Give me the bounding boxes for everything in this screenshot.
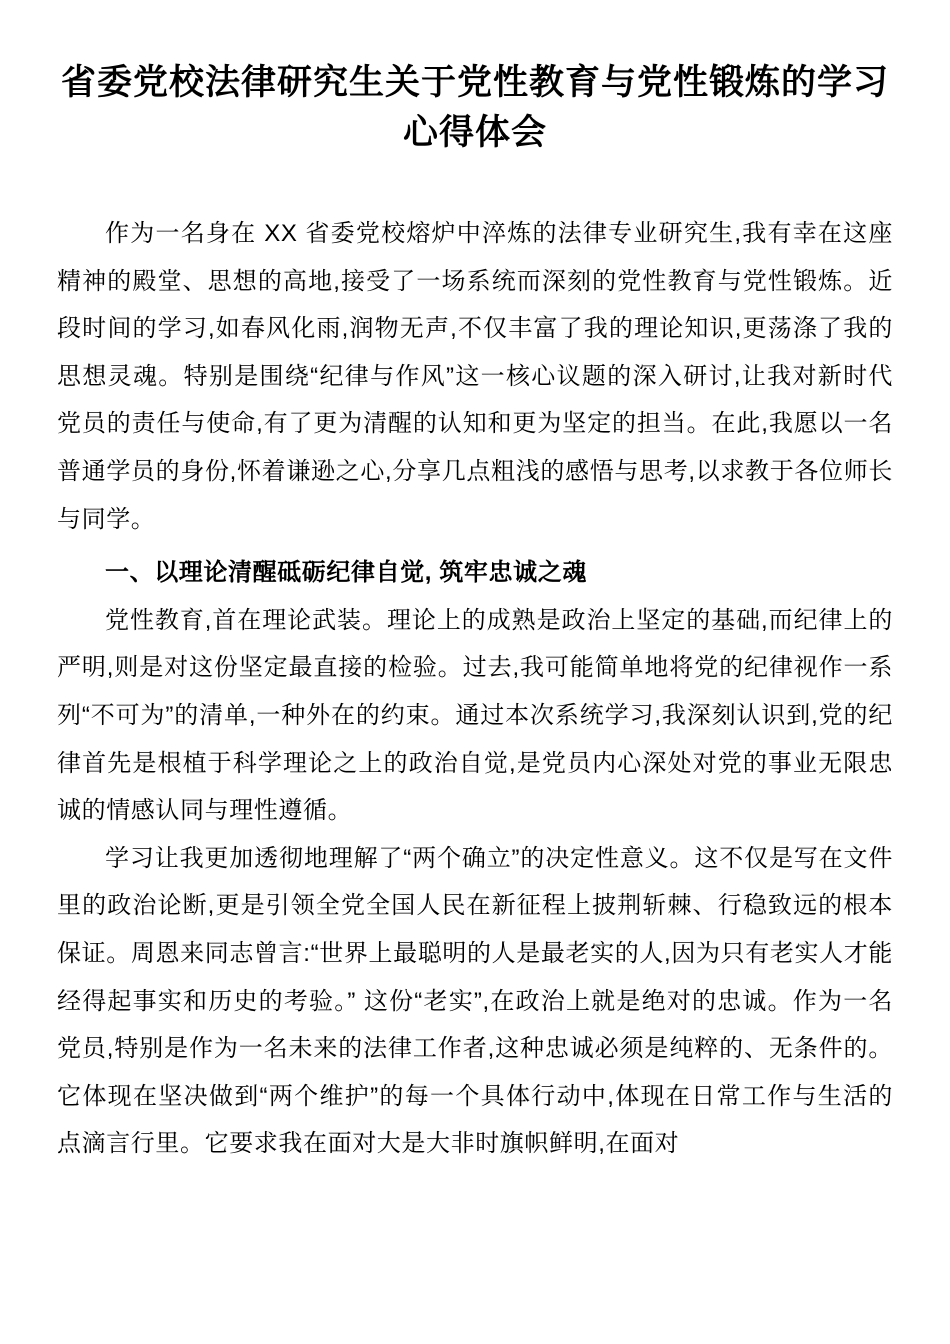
paragraph-intro: 作为一名身在 XX 省委党校熔炉中淬炼的法律专业研究生,我有幸在这座精神的殿堂、… [57, 210, 893, 543]
paragraph-theory: 党性教育,首在理论武装。理论上的成熟是政治上坚定的基础,而纪律上的严明,则是对这… [57, 597, 893, 835]
document-title-line-1: 省委党校法律研究生关于党性教育与党性锻炼的学习 [57, 58, 893, 108]
document-title-line-2: 心得体会 [57, 108, 893, 158]
paragraph-loyalty: 学习让我更加透彻地理解了“两个确立”的决定性意义。这不仅是写在文件里的政治论断,… [57, 835, 893, 1168]
section-heading-1: 一、以理论清醒砥砺纪律自觉, 筑牢忠诚之魂 [57, 549, 893, 597]
document-page: 省委党校法律研究生关于党性教育与党性锻炼的学习 心得体会 作为一名身在 XX 省… [0, 0, 950, 1344]
document-title: 省委党校法律研究生关于党性教育与党性锻炼的学习 心得体会 [57, 58, 893, 158]
